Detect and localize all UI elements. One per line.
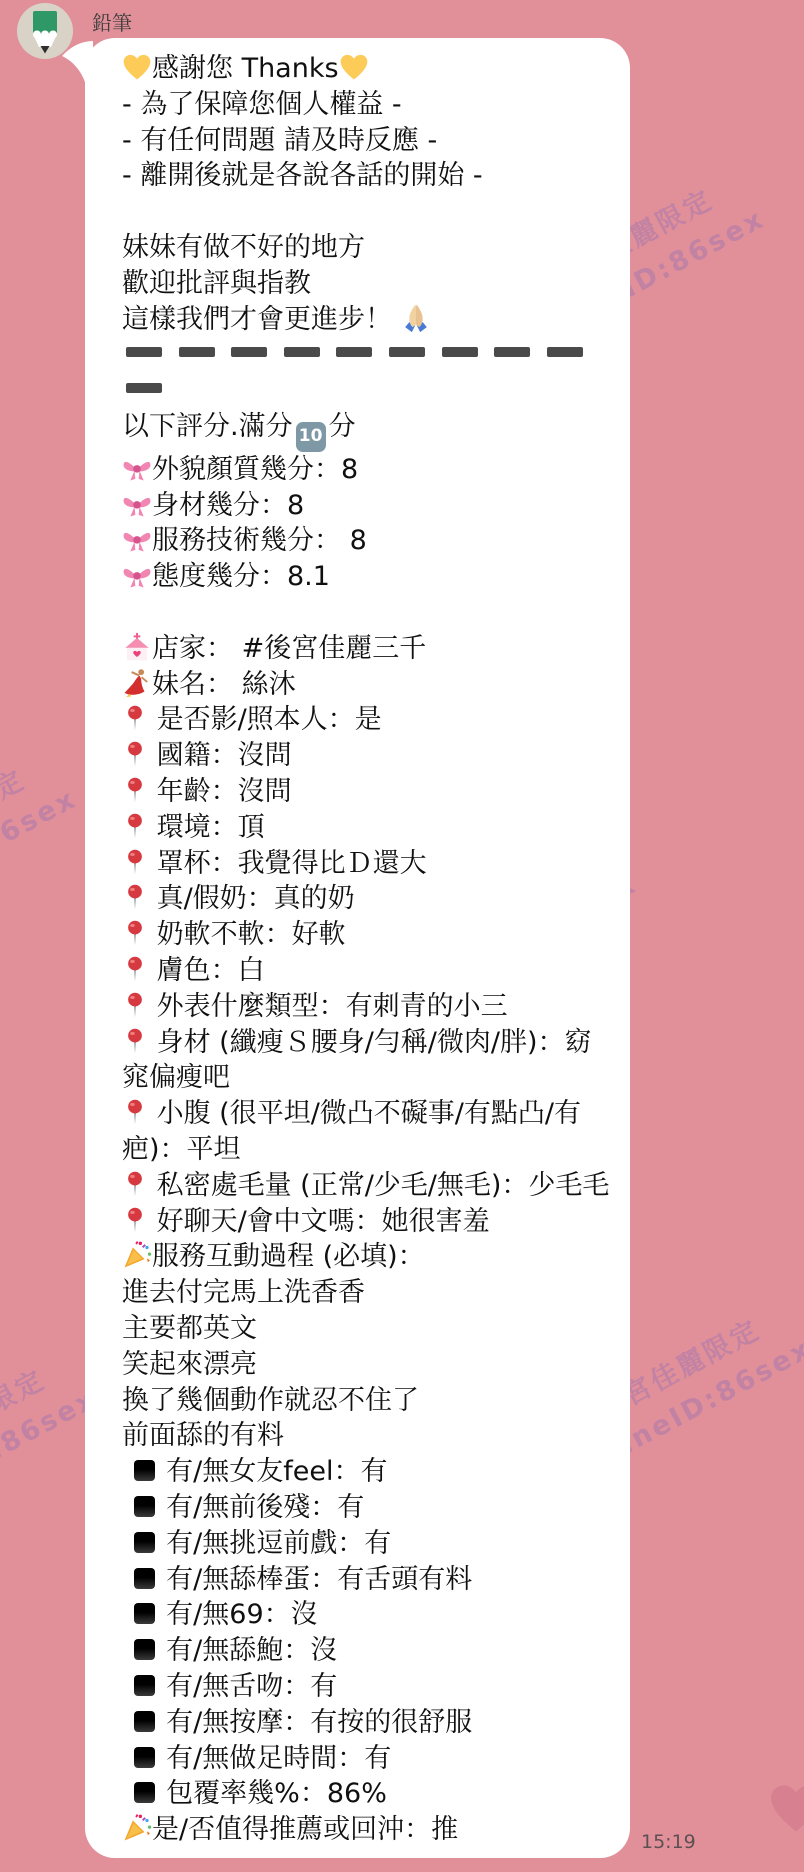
message-line: 有/無舌吻：有: [122, 1669, 614, 1705]
message-line: 是/否值得推薦或回沖：推: [122, 1812, 614, 1848]
black-square-bullet-icon: [134, 1532, 155, 1553]
divider-dash-icon: [547, 347, 583, 357]
black-square-bullet-icon: [134, 1496, 155, 1517]
bubble-tail: [60, 40, 94, 82]
round-pushpin-icon: [122, 1097, 148, 1127]
round-pushpin-icon: [122, 1169, 148, 1199]
message-line: 奶軟不軟：好軟: [122, 917, 614, 953]
black-square-bullet-icon: [134, 1639, 155, 1660]
message-line: 外表什麼類型：有刺青的小三: [122, 989, 614, 1025]
round-pushpin-icon: [122, 954, 148, 984]
black-square-bullet-icon: [134, 1568, 155, 1589]
message-line: 私密處毛量 (正常/少毛/無毛)：少毛毛: [122, 1168, 614, 1204]
message-line: 罩杯：我覺得比Ｄ還大: [122, 846, 614, 882]
message-line: 有/無舔棒蛋：有舌頭有料: [122, 1562, 614, 1598]
yellow-heart-icon: [339, 52, 369, 82]
message-line: 態度幾分：8.1: [122, 559, 614, 595]
message-line: 以下評分.滿分10分: [122, 409, 614, 452]
round-pushpin-icon: [122, 882, 148, 912]
round-pushpin-icon: [122, 990, 148, 1020]
message-line: 換了幾個動作就忍不住了: [122, 1383, 614, 1419]
black-square-bullet-icon: [134, 1460, 155, 1481]
divider-dash-icon: [389, 347, 425, 357]
message-line: 服務互動過程 (必填)：: [122, 1239, 614, 1275]
message-line: 環境：頂: [122, 810, 614, 846]
round-pushpin-icon: [122, 918, 148, 948]
message-line: 身材幾分：8: [122, 488, 614, 524]
divider-dash-icon: [284, 347, 320, 357]
round-pushpin-icon: [122, 1205, 148, 1235]
message-line: 有/無做足時間：有: [122, 1741, 614, 1777]
divider-dash-icon: [126, 347, 162, 357]
message-line: [122, 194, 614, 230]
party-popper-icon: [122, 1240, 152, 1270]
round-pushpin-icon: [122, 739, 148, 769]
message-line: 有/無挑逗前戲：有: [122, 1526, 614, 1562]
message-line: 真/假奶：真的奶: [122, 881, 614, 917]
round-pushpin-icon: [122, 703, 148, 733]
message-line: 主要都英文: [122, 1311, 614, 1347]
message-line: 小腹 (很平坦/微凸不礙事/有點凸/有疤)：平坦: [122, 1096, 614, 1168]
message-line: 包覆率幾%：86%: [122, 1776, 614, 1812]
black-square-bullet-icon: [134, 1747, 155, 1768]
divider-dash-icon: [126, 383, 162, 393]
message-line: [122, 337, 614, 409]
round-pushpin-icon: [122, 847, 148, 877]
message-line: 服務技術幾分： 8: [122, 523, 614, 559]
message-line: 膚色：白: [122, 953, 614, 989]
keycap-ten-icon: 10: [296, 422, 326, 452]
round-pushpin-icon: [122, 811, 148, 841]
round-pushpin-icon: [122, 1026, 148, 1056]
chat-screen: 後宮佳麗限定LineID:86sex後宮佳麗限定LineID:86sex後宮佳麗…: [0, 0, 804, 1872]
black-square-bullet-icon: [134, 1782, 155, 1803]
ribbon-bow-icon: [122, 489, 152, 519]
message-line: 有/無女友feel：有: [122, 1454, 614, 1490]
divider-dash-icon: [494, 347, 530, 357]
message-bubble[interactable]: 感謝您 Thanks- 為了保障您個人權益 -- 有任何問題 請及時反應 -- …: [85, 38, 630, 1858]
message-line: 妹妹有做不好的地方: [122, 230, 614, 266]
message-line: 歡迎批評與指教: [122, 266, 614, 302]
timestamp: 15:19: [641, 1831, 696, 1853]
yellow-heart-icon: [122, 52, 152, 82]
message-line: 有/無69：沒: [122, 1597, 614, 1633]
message-line: 是否影/照本人：是: [122, 702, 614, 738]
ribbon-bow-icon: [122, 524, 152, 554]
wedding-church-icon: [122, 632, 152, 662]
watermark-text: 後宮佳麗限定LineID:86sex: [0, 743, 85, 916]
message-line: 好聊天/會中文嗎：她很害羞: [122, 1204, 614, 1240]
message-line: 有/無按摩：有按的很舒服: [122, 1705, 614, 1741]
dancer-icon: [122, 668, 152, 698]
message-line: 身材 (纖瘦Ｓ腰身/勻稱/微肉/胖)：窈窕偏瘦吧: [122, 1025, 614, 1097]
black-square-bullet-icon: [134, 1711, 155, 1732]
black-square-bullet-icon: [134, 1603, 155, 1624]
message-line: 有/無前後殘：有: [122, 1490, 614, 1526]
message-line: 年齡：沒問: [122, 774, 614, 810]
message-line: - 為了保障您個人權益 -: [122, 87, 614, 123]
message-line: 前面舔的有料: [122, 1418, 614, 1454]
message-line: 進去付完馬上洗香香: [122, 1275, 614, 1311]
folded-hands-icon: [401, 303, 431, 333]
background-heart-decoration: [768, 1780, 804, 1836]
round-pushpin-icon: [122, 775, 148, 805]
message-line: - 有任何問題 請及時反應 -: [122, 123, 614, 159]
message-line: 有/無舔鮑：沒: [122, 1633, 614, 1669]
message-line: 這樣我們才會更進步！: [122, 302, 614, 338]
party-popper-icon: [122, 1813, 152, 1843]
message-line: 店家： #後宮佳麗三千: [122, 631, 614, 667]
message-line: [122, 595, 614, 631]
message-line: - 離開後就是各說各話的開始 -: [122, 158, 614, 194]
message-line: 妹名： 絲沐: [122, 667, 614, 703]
divider-dash-icon: [442, 347, 478, 357]
black-square-bullet-icon: [134, 1675, 155, 1696]
message-line: 感謝您 Thanks: [122, 51, 614, 87]
message-text: 感謝您 Thanks- 為了保障您個人權益 -- 有任何問題 請及時反應 -- …: [122, 51, 614, 1848]
divider-dash-icon: [231, 347, 267, 357]
message-line: 笑起來漂亮: [122, 1347, 614, 1383]
divider-dash-icon: [179, 347, 215, 357]
sender-name: 鉛筆: [92, 7, 132, 36]
divider-dash-icon: [336, 347, 372, 357]
ribbon-bow-icon: [122, 560, 152, 590]
message-line: 國籍：沒問: [122, 738, 614, 774]
message-line: 外貌顏質幾分：8: [122, 452, 614, 488]
ribbon-bow-icon: [122, 453, 152, 483]
